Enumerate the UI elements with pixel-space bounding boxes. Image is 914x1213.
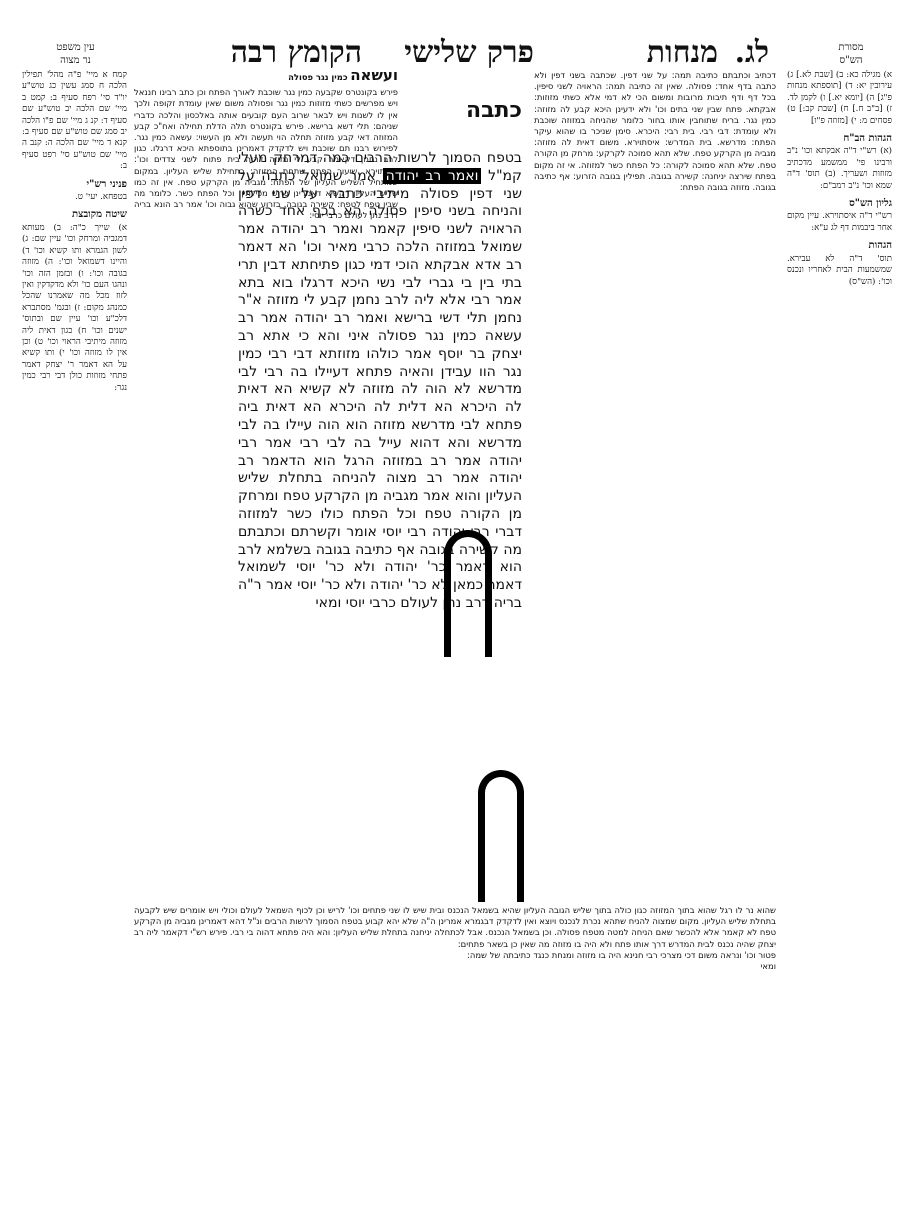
- masoret-label-line2: הש"ס: [816, 54, 886, 67]
- bottom-commentary: שהוא נר לו רגל שהוא בתוך המזוזה כגון כול…: [134, 905, 776, 1195]
- ein-mishpat-entries: קמח א מיי' פ"ה מהל' תפילין הלכה ח סמג עש…: [22, 70, 127, 173]
- pninei-rashi-body: בטפחא. יעי' ט.: [22, 192, 127, 203]
- mezuzah-diagram-icon: [444, 530, 492, 657]
- masoret-label-line1: מסורת: [816, 41, 886, 54]
- ein-mishpat-label-line2: נר מצוה: [38, 54, 113, 67]
- masoret-entries: א) מגילה כא: ב) [שבת לא.] ג) עירובין יא:…: [787, 70, 892, 127]
- shita-mekubetzet-body: א) שייך כ"ה: ב) מעותא דמגביה ומרחק וכו' …: [22, 223, 127, 394]
- daf-number: לג.: [735, 38, 769, 68]
- gilyon-hashas-title: גליון הש"ס: [787, 198, 892, 209]
- mezuzah-diagram-icon-2: [478, 770, 524, 902]
- catchword: ומאי: [134, 961, 776, 972]
- gilyon-hashas-body: רש"י ד"ה איסתוירא. עיין מקום אחר ביבמות …: [787, 211, 892, 234]
- masoret-hashas-label: מסורת הש"ס: [816, 41, 886, 67]
- tractate-name: מנחות: [647, 38, 718, 68]
- hagahot-habach-title: הגהות הב"ח: [787, 133, 892, 144]
- perek-number: פרק שלישי: [404, 38, 534, 68]
- shita-mekubetzet-title: שיטה מקובצת: [22, 209, 127, 220]
- rashi-column: דכתיב וכתבתם כתיבה תמה: על שני דפין. שכת…: [534, 70, 776, 610]
- pninei-rashi-title: פניני רש"י: [22, 179, 127, 190]
- ein-mishpat-column: קמח א מיי' פ"ה מהל' תפילין הלכה ח סמג עש…: [22, 70, 127, 480]
- rashi-title: כתבה: [462, 98, 522, 123]
- hagahot-body: תוס' ד"ה לא עבירא. שמשמעות הבית לאחריו ו…: [787, 254, 892, 288]
- hagahot-title: הגהות: [787, 240, 892, 251]
- ein-mishpat-label-line1: עין משפט: [38, 41, 113, 54]
- bottom-commentary-body: שהוא נר לו רגל שהוא בתוך המזוזה כגון כול…: [134, 905, 776, 950]
- gemara-column: בטפח הסמוך לרשות הרבים כמה דמרחק מעלי קמ…: [238, 150, 522, 750]
- perek-title: הקומץ רבה: [231, 38, 362, 68]
- ein-mishpat-label: עין משפט נר מצוה: [38, 41, 113, 67]
- hagahot-habach-body: (א) רש"י ד"ה אבקתא וכו' נ"ב ורבינו פי' מ…: [787, 146, 892, 192]
- gemara-highlight: ואמר רב יהודה: [383, 168, 482, 184]
- tosafot-title: ועשאה: [350, 70, 398, 84]
- rashi-body: דכתיב וכתבתם כתיבה תמה: על שני דפין. שכת…: [534, 70, 776, 193]
- tosafot-dibur-hamatchil: כמין נגר פסולה: [288, 72, 347, 82]
- bottom-commentary-closing: פטור וכו' ונראה משום דכי מצרכי רבי חנינא…: [134, 950, 776, 961]
- masoret-hashas-column: א) מגילה כא: ב) [שבת לא.] ג) עירובין יא:…: [787, 70, 892, 400]
